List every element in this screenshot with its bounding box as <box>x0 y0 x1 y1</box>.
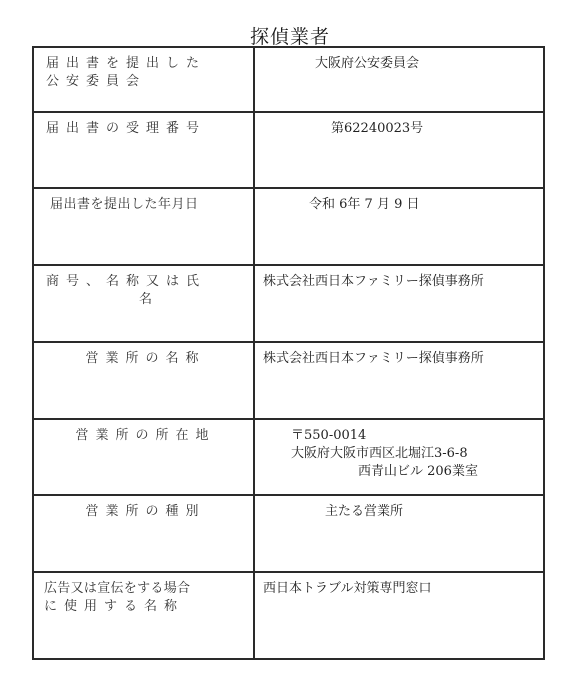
table-row: 商号、名称又は氏 名 株式会社西日本ファミリー探偵事務所 <box>33 265 544 342</box>
table-row: 広告又は宣伝をする場合 に使用する名称 西日本トラブル対策専門窓口 <box>33 572 544 659</box>
label-line: 営業所の所在地 <box>46 427 245 445</box>
row-label: 届出書の受理番号 <box>33 112 254 188</box>
label-line: 営業所の名称 <box>46 350 245 368</box>
row-value: 令和 6年 7 月 9 日 <box>254 188 544 265</box>
value-line: 主たる営業所 <box>263 503 535 521</box>
table-row: 営業所の所在地 〒550-0014 大阪府大阪市西区北堀江3-6-8 西青山ビル… <box>33 419 544 495</box>
table-row: 届出書を提出した 公安委員会 大阪府公安委員会 <box>33 47 544 112</box>
value-line: 株式会社西日本ファミリー探偵事務所 <box>263 273 535 291</box>
value-line: 大阪府大阪市西区北堀江3-6-8 <box>263 445 535 463</box>
label-line: 届出書を提出した <box>46 55 245 73</box>
row-value: 西日本トラブル対策専門窓口 <box>254 572 544 659</box>
row-label: 商号、名称又は氏 名 <box>33 265 254 342</box>
row-label: 営業所の所在地 <box>33 419 254 495</box>
row-value: 〒550-0014 大阪府大阪市西区北堀江3-6-8 西青山ビル 206業室 <box>254 419 544 495</box>
value-line: 株式会社西日本ファミリー探偵事務所 <box>263 350 535 368</box>
value-line: 令和 6年 7 月 9 日 <box>263 196 535 214</box>
value-line: 西青山ビル 206業室 <box>263 463 535 481</box>
label-line: 公安委員会 <box>46 73 245 91</box>
row-label: 広告又は宣伝をする場合 に使用する名称 <box>33 572 254 659</box>
label-line: に使用する名称 <box>44 598 245 616</box>
row-value: 株式会社西日本ファミリー探偵事務所 <box>254 265 544 342</box>
table-row: 届出書を提出した年月日 令和 6年 7 月 9 日 <box>33 188 544 265</box>
row-label: 届出書を提出した年月日 <box>33 188 254 265</box>
label-line: 届出書の受理番号 <box>46 120 245 138</box>
table-row: 営業所の名称 株式会社西日本ファミリー探偵事務所 <box>33 342 544 419</box>
value-line: 大阪府公安委員会 <box>263 55 535 73</box>
row-label: 届出書を提出した 公安委員会 <box>33 47 254 112</box>
detective-registration-table: 届出書を提出した 公安委員会 大阪府公安委員会 届出書の受理番号 第622400… <box>32 46 545 660</box>
value-line: 西日本トラブル対策専門窓口 <box>263 580 535 598</box>
label-line: 名 <box>46 291 245 309</box>
row-value: 大阪府公安委員会 <box>254 47 544 112</box>
table-row: 営業所の種別 主たる営業所 <box>33 495 544 572</box>
label-line: 広告又は宣伝をする場合 <box>44 580 245 598</box>
table-row: 届出書の受理番号 第62240023号 <box>33 112 544 188</box>
row-value: 主たる営業所 <box>254 495 544 572</box>
value-line: 〒550-0014 <box>263 427 535 445</box>
label-line: 営業所の種別 <box>46 503 245 521</box>
row-label: 営業所の名称 <box>33 342 254 419</box>
label-line: 届出書を提出した年月日 <box>46 196 245 214</box>
value-line: 第62240023号 <box>263 120 535 138</box>
row-value: 第62240023号 <box>254 112 544 188</box>
label-line: 商号、名称又は氏 <box>46 273 245 291</box>
row-label: 営業所の種別 <box>33 495 254 572</box>
document-title: 探偵業者 <box>0 22 580 49</box>
row-value: 株式会社西日本ファミリー探偵事務所 <box>254 342 544 419</box>
